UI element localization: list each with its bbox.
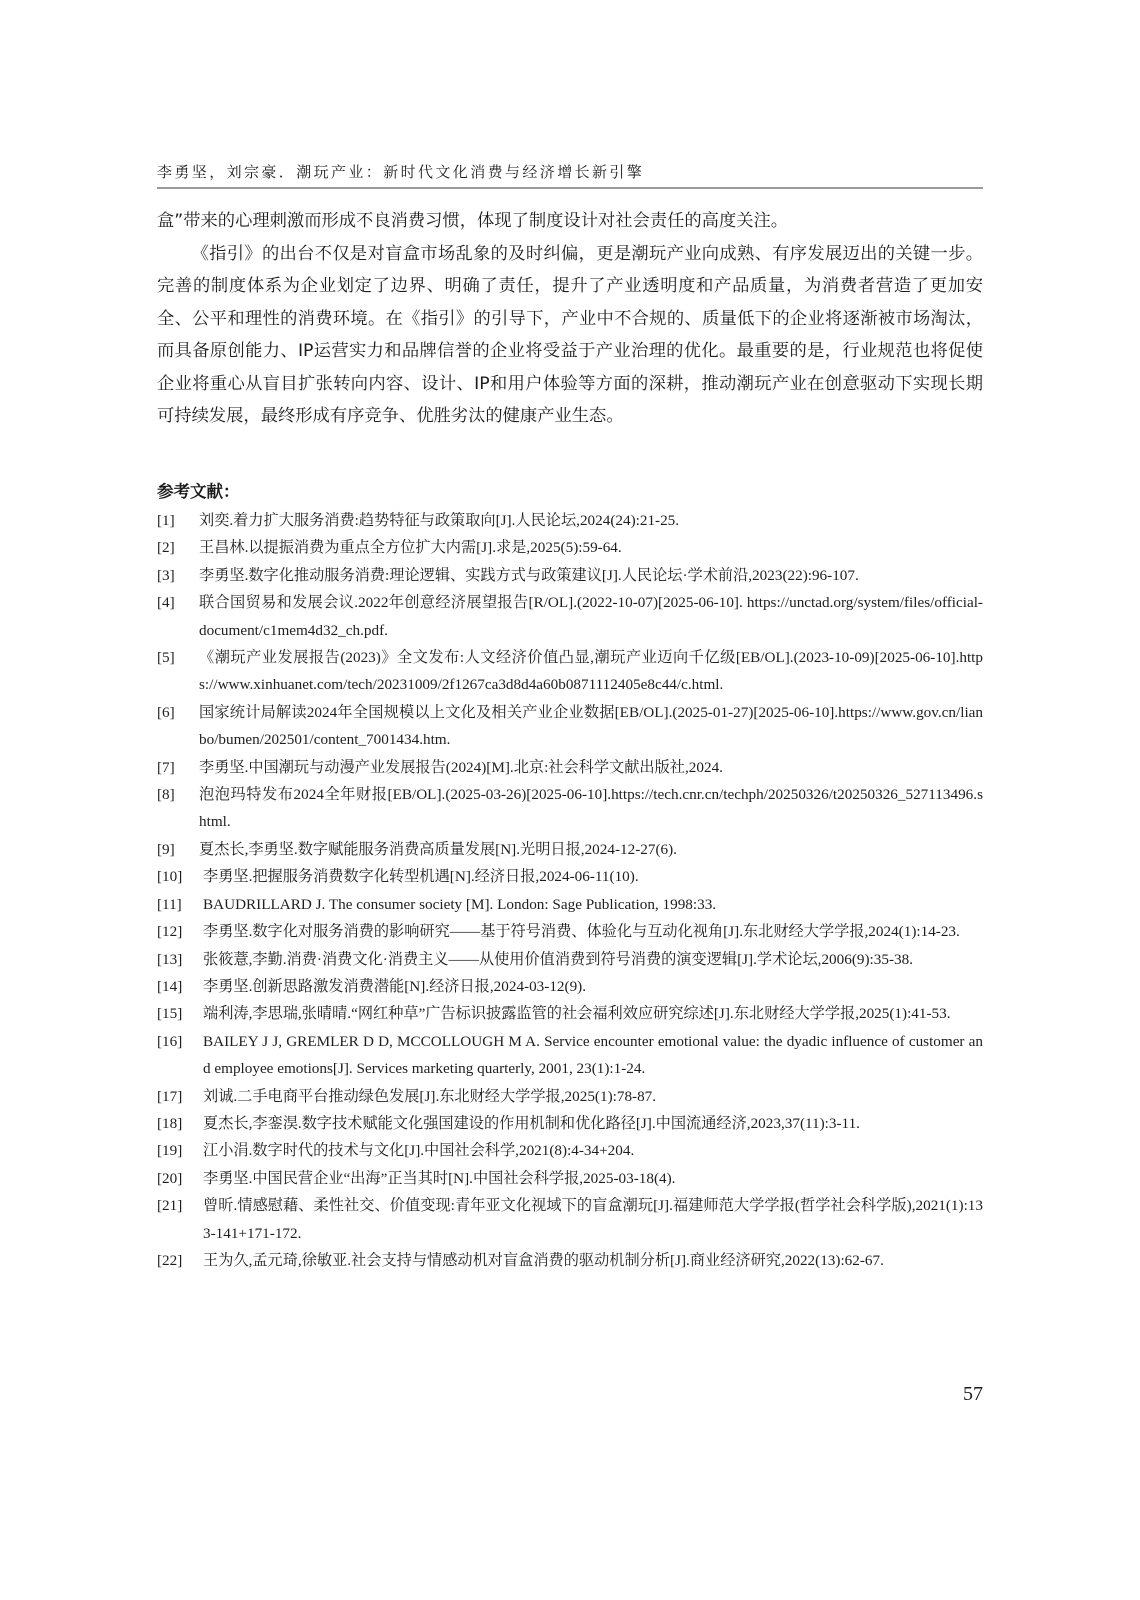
paragraph-continuation: 盒”带来的心理刺激而形成不良消费习惯，体现了制度设计对社会责任的高度关注。 (157, 205, 983, 238)
reference-item: [3]李勇坚.数字化推动服务消费:理论逻辑、实践方式与政策建议[J].人民论坛·… (157, 562, 983, 589)
reference-text: BAUDRILLARD J. The consumer society [M].… (203, 896, 716, 913)
reference-item: [14]李勇坚.创新思路激发消费潜能[N].经济日报,2024-03-12(9)… (157, 973, 983, 1000)
reference-item: [5]《潮玩产业发展报告(2023)》全文发布:人文经济价值凸显,潮玩产业迈向千… (157, 644, 983, 699)
reference-item: [15]端利涛,李思瑞,张晴晴.“网红种草”广告标识披露监管的社会福利效应研究综… (157, 1000, 983, 1027)
reference-item: [17]刘诚.二手电商平台推动绿色发展[J].东北财经大学学报,2025(1):… (157, 1083, 983, 1110)
reference-number: [3] (157, 562, 175, 589)
reference-list: [1]刘奕.着力扩大服务消费:趋势特征与政策取向[J].人民论坛,2024(24… (157, 507, 983, 1274)
reference-item: [4]联合国贸易和发展会议.2022年创意经济展望报告[R/OL].(2022-… (157, 589, 983, 644)
reference-text: 李勇坚.创新思路激发消费潜能[N].经济日报,2024-03-12(9). (203, 978, 586, 995)
reference-item: [18]夏杰长,李銮淏.数字技术赋能文化强国建设的作用机制和优化路径[J].中国… (157, 1110, 983, 1137)
reference-number: [21] (157, 1192, 182, 1219)
reference-number: [18] (157, 1110, 182, 1137)
reference-number: [14] (157, 973, 182, 1000)
page-number: 57 (963, 1383, 983, 1406)
reference-item: [12]李勇坚.数字化对服务消费的影响研究——基于符号消费、体验化与互动化视角[… (157, 918, 983, 945)
reference-number: [19] (157, 1137, 182, 1164)
reference-item: [2]王昌林.以提振消费为重点全方位扩大内需[J].求是,2025(5):59-… (157, 534, 983, 561)
reference-text: 国家统计局解读2024年全国规模以上文化及相关产业企业数据[EB/OL].(20… (199, 704, 983, 748)
reference-number: [7] (157, 754, 175, 781)
reference-text: 刘诚.二手电商平台推动绿色发展[J].东北财经大学学报,2025(1):78-8… (203, 1088, 656, 1105)
references-heading: 参考文献： (157, 479, 240, 505)
reference-number: [22] (157, 1247, 182, 1274)
reference-number: [2] (157, 534, 175, 561)
reference-text: 联合国贸易和发展会议.2022年创意经济展望报告[R/OL].(2022-10-… (199, 594, 983, 638)
reference-number: [17] (157, 1083, 182, 1110)
reference-text: 李勇坚.数字化推动服务消费:理论逻辑、实践方式与政策建议[J].人民论坛·学术前… (199, 567, 859, 584)
paragraph: 《指引》的出台不仅是对盲盒市场乱象的及时纠偏，更是潮玩产业向成熟、有序发展迈出的… (157, 238, 983, 433)
reference-text: 王为久,孟元琦,徐敏亚.社会支持与情感动机对盲盒消费的驱动机制分析[J].商业经… (203, 1252, 884, 1269)
reference-item: [10]李勇坚.把握服务消费数字化转型机遇[N].经济日报,2024-06-11… (157, 863, 983, 890)
reference-number: [5] (157, 644, 175, 671)
reference-number: [8] (157, 781, 175, 808)
header-rule-divider (157, 187, 983, 189)
reference-item: [8]泡泡玛特发布2024全年财报[EB/OL].(2025-03-26)[20… (157, 781, 983, 836)
reference-item: [22]王为久,孟元琦,徐敏亚.社会支持与情感动机对盲盒消费的驱动机制分析[J]… (157, 1247, 983, 1274)
reference-item: [9]夏杰长,李勇坚.数字赋能服务消费高质量发展[N].光明日报,2024-12… (157, 836, 983, 863)
reference-text: 泡泡玛特发布2024全年财报[EB/OL].(2025-03-26)[2025-… (199, 786, 983, 830)
reference-item: [21]曾昕.情感慰藉、柔性社交、价值变现:青年亚文化视域下的盲盒潮玩[J].福… (157, 1192, 983, 1247)
reference-number: [10] (157, 863, 182, 890)
reference-text: 李勇坚.中国民营企业“出海”正当其时[N].中国社会科学报,2025-03-18… (203, 1170, 675, 1187)
reference-number: [13] (157, 946, 182, 973)
reference-text: 刘奕.着力扩大服务消费:趋势特征与政策取向[J].人民论坛,2024(24):2… (199, 512, 679, 529)
reference-item: [19]江小涓.数字时代的技术与文化[J].中国社会科学,2021(8):4-3… (157, 1137, 983, 1164)
reference-item: [11]BAUDRILLARD J. The consumer society … (157, 891, 983, 918)
reference-text: 夏杰长,李銮淏.数字技术赋能文化强国建设的作用机制和优化路径[J].中国流通经济… (203, 1115, 860, 1132)
reference-number: [1] (157, 507, 175, 534)
reference-text: BAILEY J J, GREMLER D D, MCCOLLOUGH M A.… (203, 1033, 983, 1077)
reference-number: [11] (157, 891, 182, 918)
reference-text: 李勇坚.把握服务消费数字化转型机遇[N].经济日报,2024-06-11(10)… (203, 868, 639, 885)
reference-text: 夏杰长,李勇坚.数字赋能服务消费高质量发展[N].光明日报,2024-12-27… (199, 841, 677, 858)
reference-item: [7]李勇坚.中国潮玩与动漫产业发展报告(2024)[M].北京:社会科学文献出… (157, 754, 983, 781)
reference-item: [13]张筱薏,李勤.消费·消费文化·消费主义——从使用价值消费到符号消费的演变… (157, 946, 983, 973)
reference-number: [12] (157, 918, 182, 945)
reference-item: [1]刘奕.着力扩大服务消费:趋势特征与政策取向[J].人民论坛,2024(24… (157, 507, 983, 534)
reference-text: 王昌林.以提振消费为重点全方位扩大内需[J].求是,2025(5):59-64. (199, 539, 622, 556)
reference-text: 李勇坚.数字化对服务消费的影响研究——基于符号消费、体验化与互动化视角[J].东… (203, 923, 960, 940)
reference-item: [6]国家统计局解读2024年全国规模以上文化及相关产业企业数据[EB/OL].… (157, 699, 983, 754)
reference-number: [4] (157, 589, 175, 616)
reference-number: [20] (157, 1165, 182, 1192)
reference-number: [15] (157, 1000, 182, 1027)
reference-text: 江小涓.数字时代的技术与文化[J].中国社会科学,2021(8):4-34+20… (203, 1142, 634, 1159)
reference-number: [6] (157, 699, 175, 726)
body-text: 盒”带来的心理刺激而形成不良消费习惯，体现了制度设计对社会责任的高度关注。 《指… (157, 205, 983, 433)
reference-item: [16]BAILEY J J, GREMLER D D, MCCOLLOUGH … (157, 1028, 983, 1083)
reference-text: 张筱薏,李勤.消费·消费文化·消费主义——从使用价值消费到符号消费的演变逻辑[J… (203, 951, 913, 968)
running-head: 李勇坚，刘宗豪．潮玩产业：新时代文化消费与经济增长新引擎 (157, 160, 983, 184)
reference-text: 曾昕.情感慰藉、柔性社交、价值变现:青年亚文化视域下的盲盒潮玩[J].福建师范大… (203, 1197, 983, 1241)
reference-number: [16] (157, 1028, 182, 1055)
reference-text: 端利涛,李思瑞,张晴晴.“网红种草”广告标识披露监管的社会福利效应研究综述[J]… (203, 1005, 951, 1022)
reference-item: [20]李勇坚.中国民营企业“出海”正当其时[N].中国社会科学报,2025-0… (157, 1165, 983, 1192)
reference-text: 《潮玩产业发展报告(2023)》全文发布:人文经济价值凸显,潮玩产业迈向千亿级[… (199, 649, 983, 693)
reference-text: 李勇坚.中国潮玩与动漫产业发展报告(2024)[M].北京:社会科学文献出版社,… (199, 759, 723, 776)
reference-number: [9] (157, 836, 175, 863)
